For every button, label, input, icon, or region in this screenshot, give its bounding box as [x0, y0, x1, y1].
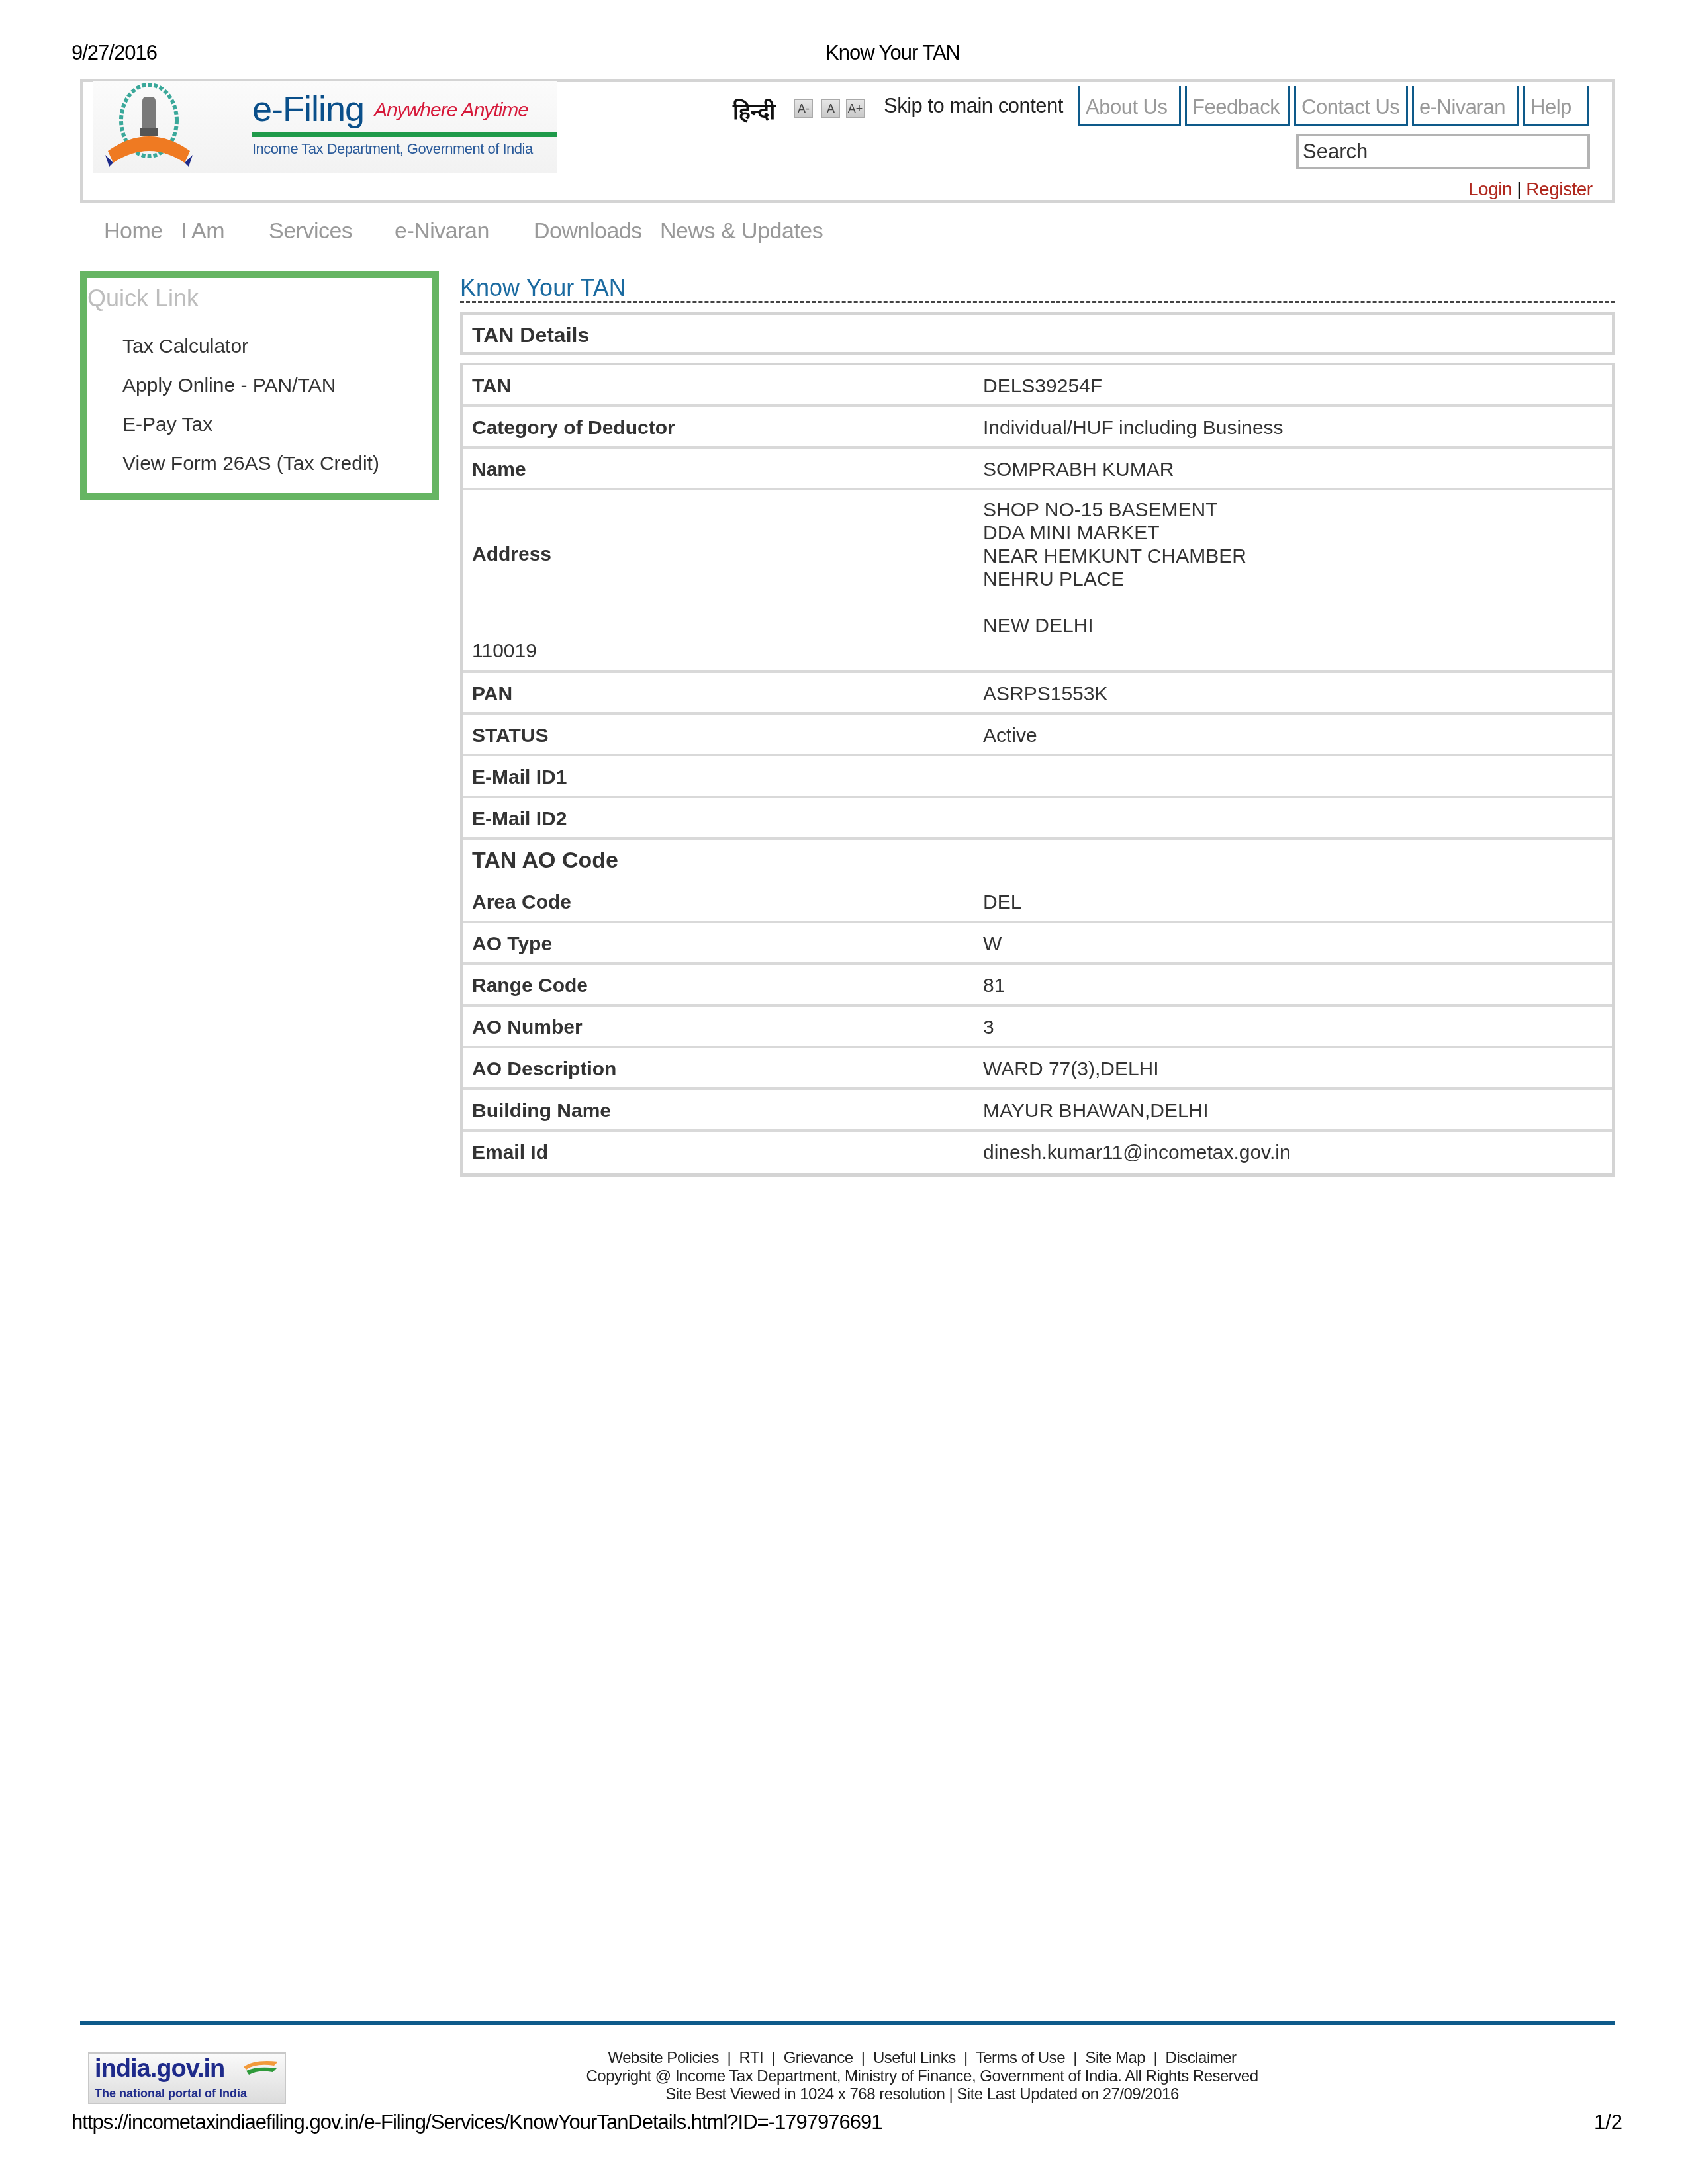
table-row: E-Mail ID2: [463, 798, 1612, 840]
footer-links: Website Policies | RTI | Grievance | Use…: [78, 2049, 1688, 2068]
row-label: E-Mail ID2: [472, 808, 567, 831]
area-code-value: DEL: [983, 891, 1021, 914]
tan-value: DELS39254F: [983, 375, 1102, 398]
footer-best-viewed: Site Best Viewed in 1024 x 768 resolutio…: [78, 2085, 1688, 2104]
footer-link-grievance[interactable]: Grievance: [784, 2049, 853, 2067]
search-input[interactable]: [1296, 134, 1590, 169]
tan-details-header: TAN Details: [460, 312, 1615, 355]
nav-i-am[interactable]: I Am: [181, 218, 224, 244]
ao-number-value: 3: [983, 1017, 994, 1039]
quick-link-apply-pan-tan[interactable]: Apply Online - PAN/TAN: [122, 375, 336, 397]
print-date: 9/27/2016: [71, 41, 157, 65]
footer-copyright: Copyright @ Income Tax Department, Minis…: [78, 2068, 1688, 2086]
print-page-number: 1/2: [1594, 2111, 1622, 2134]
nav-news-updates[interactable]: News & Updates: [660, 218, 823, 244]
logo-brand: e-Filing: [252, 89, 364, 130]
table-row: AO Type W: [463, 923, 1612, 965]
tan-details-table: TAN DELS39254F Category of Deductor Indi…: [460, 363, 1615, 1177]
table-row: Name SOMPRABH KUMAR: [463, 449, 1612, 490]
row-label: PAN: [472, 683, 512, 705]
title-divider: [460, 301, 1615, 303]
table-row: AO Description WARD 77(3),DELHI: [463, 1048, 1612, 1090]
feedback-link[interactable]: Feedback: [1185, 86, 1290, 126]
address-value: SHOP NO-15 BASEMENT DDA MINI MARKET NEAR…: [983, 498, 1246, 637]
table-row: Building Name MAYUR BHAWAN,DELHI: [463, 1090, 1612, 1132]
row-label: AO Type: [472, 933, 552, 956]
row-label: AO Description: [472, 1058, 616, 1081]
table-row: Address SHOP NO-15 BASEMENT DDA MINI MAR…: [463, 490, 1612, 673]
e-nivaran-link[interactable]: e-Nivaran: [1412, 86, 1519, 126]
footer-link-site-map[interactable]: Site Map: [1085, 2049, 1145, 2067]
footer-link-terms-of-use[interactable]: Terms of Use: [976, 2049, 1065, 2067]
row-label: Address: [472, 543, 551, 566]
separator: |: [1517, 179, 1521, 199]
login-link[interactable]: Login: [1468, 179, 1512, 199]
row-label: Building Name: [472, 1100, 611, 1122]
row-label: Name: [472, 459, 526, 481]
about-us-link[interactable]: About Us: [1078, 86, 1181, 126]
footer-link-website-policies[interactable]: Website Policies: [608, 2049, 719, 2067]
table-row: Range Code 81: [463, 965, 1612, 1007]
font-decrease-icon[interactable]: A-: [794, 99, 813, 118]
income-tax-department-emblem-icon: [103, 82, 195, 172]
category-value: Individual/HUF including Business: [983, 417, 1284, 439]
nav-services[interactable]: Services: [269, 218, 352, 244]
row-label: TAN: [472, 375, 511, 398]
address-line: NEAR HEMKUNT CHAMBER: [983, 545, 1246, 568]
ao-section-title: TAN AO Code: [472, 848, 618, 874]
quick-link-form-26as[interactable]: View Form 26AS (Tax Credit): [122, 453, 379, 475]
contact-us-link[interactable]: Contact Us: [1294, 86, 1408, 126]
footer-link-useful-links[interactable]: Useful Links: [873, 2049, 956, 2067]
print-url: https://incometaxindiaefiling.gov.in/e-F…: [71, 2111, 882, 2134]
row-label: E-Mail ID1: [472, 766, 567, 789]
table-row: STATUS Active: [463, 715, 1612, 756]
footer-link-rti[interactable]: RTI: [739, 2049, 763, 2067]
ao-email-value: dinesh.kumar11@incometax.gov.in: [983, 1142, 1291, 1164]
building-name-value: MAYUR BHAWAN,DELHI: [983, 1100, 1209, 1122]
table-row: AO Number 3: [463, 1007, 1612, 1048]
ao-section-header: TAN AO Code: [463, 840, 1612, 882]
table-row: TAN DELS39254F: [463, 365, 1612, 407]
register-link[interactable]: Register: [1526, 179, 1592, 199]
hindi-language-link[interactable]: हिन्दी: [733, 95, 775, 126]
address-line: NEW DELHI: [983, 614, 1246, 637]
row-label: STATUS: [472, 725, 549, 747]
page-title: Know Your TAN: [460, 274, 626, 302]
quick-link-e-pay-tax[interactable]: E-Pay Tax: [122, 414, 212, 436]
table-row: E-Mail ID1: [463, 756, 1612, 798]
help-link[interactable]: Help: [1523, 86, 1589, 126]
table-row: Category of Deductor Individual/HUF incl…: [463, 407, 1612, 449]
logo-tagline: Anywhere Anytime: [374, 99, 528, 122]
nav-downloads[interactable]: Downloads: [534, 218, 642, 244]
ao-description-value: WARD 77(3),DELHI: [983, 1058, 1159, 1081]
ao-type-value: W: [983, 933, 1002, 956]
table-row: Email Id dinesh.kumar11@incometax.gov.in: [463, 1132, 1612, 1173]
quick-link-title: Quick Link: [87, 285, 199, 312]
table-row: PAN ASRPS1553K: [463, 673, 1612, 715]
row-label: AO Number: [472, 1017, 583, 1039]
address-line: [983, 591, 1246, 614]
print-title: Know Your TAN: [825, 41, 960, 65]
quick-link-tax-calculator[interactable]: Tax Calculator: [122, 336, 248, 358]
name-value: SOMPRABH KUMAR: [983, 459, 1174, 481]
row-label: Range Code: [472, 975, 588, 997]
logo-green-bar: [252, 132, 557, 137]
table-row: Area Code DEL: [463, 882, 1612, 923]
login-register: Login | Register: [1468, 179, 1593, 200]
status-value: Active: [983, 725, 1037, 747]
address-line: DDA MINI MARKET: [983, 522, 1246, 545]
row-label: Category of Deductor: [472, 417, 675, 439]
skip-to-main-content-link[interactable]: Skip to main content: [884, 94, 1063, 118]
nav-home[interactable]: Home: [104, 218, 163, 244]
address-pincode: 110019: [472, 640, 537, 662]
font-normal-icon[interactable]: A: [821, 99, 840, 118]
row-label: Email Id: [472, 1142, 548, 1164]
logo-subtitle: Income Tax Department, Government of Ind…: [252, 140, 533, 158]
row-label: Area Code: [472, 891, 571, 914]
range-code-value: 81: [983, 975, 1005, 997]
pan-value: ASRPS1553K: [983, 683, 1107, 705]
footer-link-disclaimer[interactable]: Disclaimer: [1166, 2049, 1237, 2067]
font-increase-icon[interactable]: A+: [846, 99, 865, 118]
address-line: SHOP NO-15 BASEMENT: [983, 498, 1246, 522]
footer-divider: [80, 2021, 1615, 2025]
address-line: NEHRU PLACE: [983, 568, 1246, 591]
nav-e-nivaran[interactable]: e-Nivaran: [395, 218, 489, 244]
section-title: TAN Details: [472, 323, 589, 347]
